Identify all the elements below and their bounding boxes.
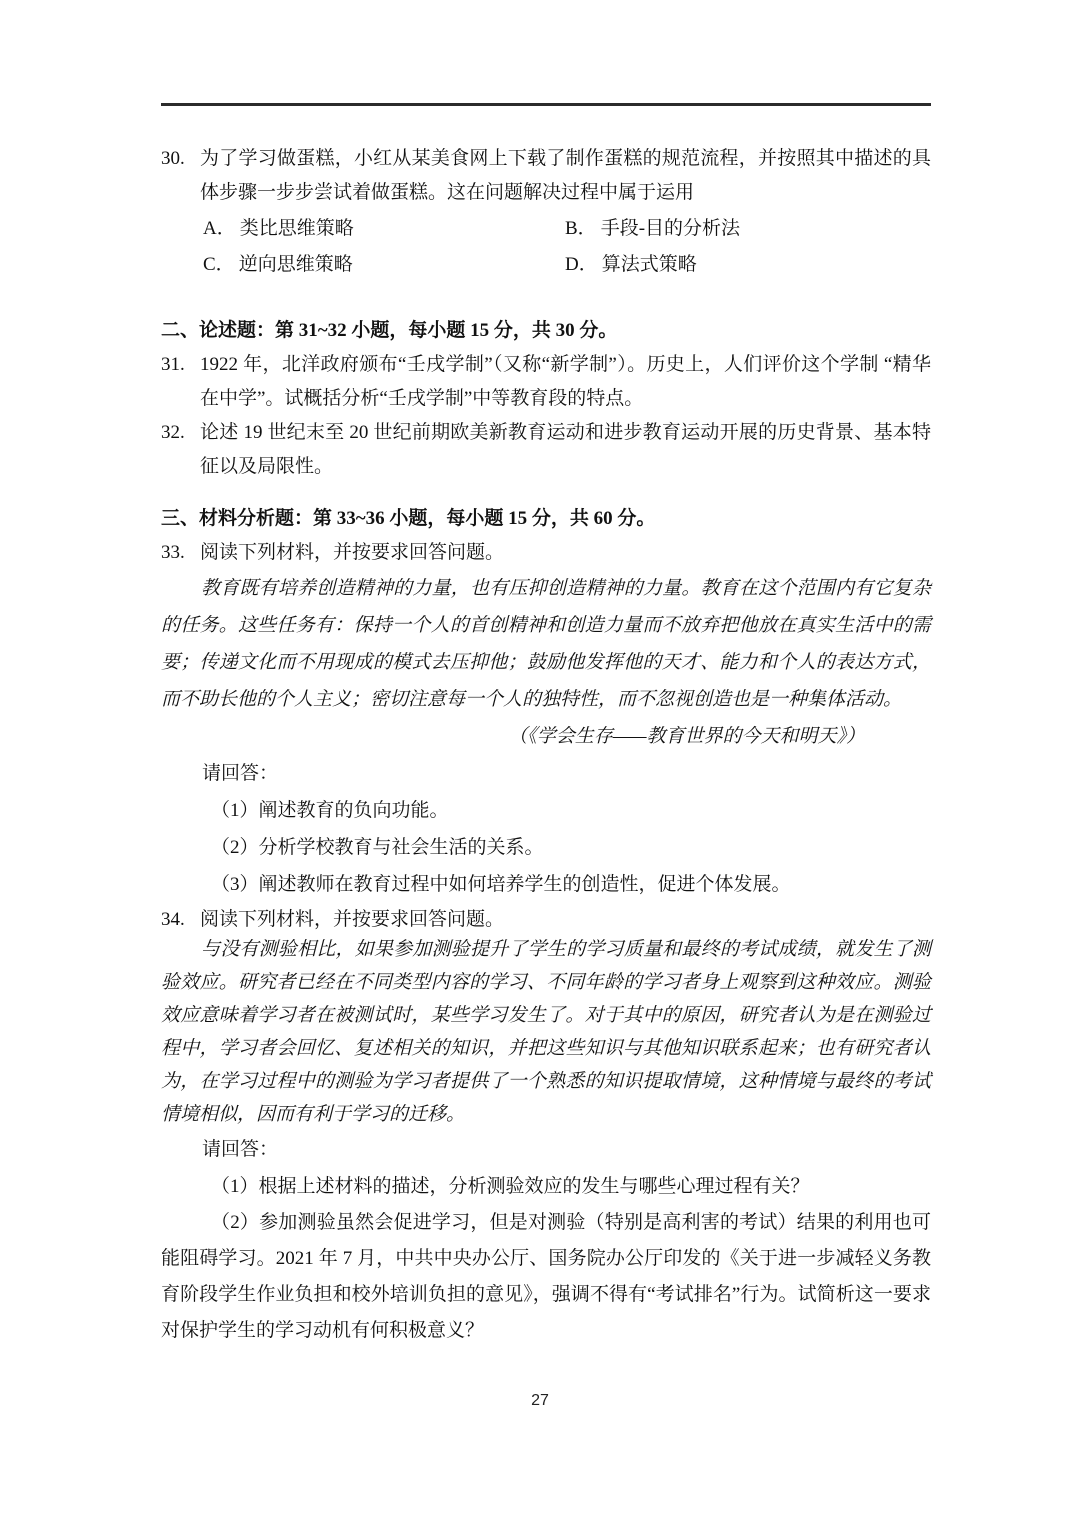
option-d-label: D． — [565, 254, 598, 275]
q34-answer-prompt: 请回答： — [161, 1131, 931, 1168]
option-b-label: B． — [565, 218, 597, 239]
question-33: 33.阅读下列材料，并按要求回答问题。 — [161, 536, 931, 570]
q33-material: 教育既有培养创造精神的力量，也有压抑创造精神的力量。教育在这个范围内有它复杂的任… — [161, 570, 931, 718]
page-number: 27 — [0, 1392, 1080, 1410]
question-30-number: 30. — [161, 142, 200, 176]
question-32: 32.论述 19 世纪末至 20 世纪前期欧美新教育运动和进步教育运动开展的历史… — [161, 416, 931, 484]
q33-subquestion-3: （3）阐述教师在教育过程中如何培养学生的创造性，促进个体发展。 — [161, 866, 931, 903]
question-34-intro: 阅读下列材料，并按要求回答问题。 — [200, 909, 504, 930]
question-30: 30.为了学习做蛋糕，小红从某美食网上下载了制作蛋糕的规范流程，并按照其中描述的… — [161, 142, 931, 210]
q33-subquestion-2: （2）分析学校教育与社会生活的关系。 — [161, 829, 931, 866]
section-3-heading: 三、材料分析题：第 33~36 小题，每小题 15 分，共 60 分。 — [161, 502, 931, 536]
question-31-number: 31. — [161, 348, 200, 382]
question-34: 34.阅读下列材料，并按要求回答问题。 — [161, 903, 931, 937]
option-c-label: C． — [203, 254, 235, 275]
question-33-number: 33. — [161, 536, 200, 570]
option-d-text: 算法式策略 — [602, 254, 697, 275]
option-b: B．手段-目的分析法 — [565, 212, 931, 246]
q34-subquestion-1: （1）根据上述材料的描述，分析测验效应的发生与哪些心理过程有关？ — [161, 1168, 931, 1205]
question-31: 31.1922 年，北洋政府颁布“壬戌学制”（又称“新学制”）。历史上，人们评价… — [161, 348, 931, 416]
q34-material: 与没有测验相比，如果参加测验提升了学生的学习质量和最终的考试成绩，就发生了测验效… — [161, 933, 931, 1131]
option-b-text: 手段-目的分析法 — [601, 218, 740, 239]
option-d: D．算法式策略 — [565, 248, 931, 282]
q33-citation: （《学会生存——教育世界的今天和明天》） — [161, 718, 931, 755]
option-c-text: 逆向思维策略 — [239, 254, 353, 275]
option-a-label: A． — [203, 218, 236, 239]
option-c: C．逆向思维策略 — [203, 248, 565, 282]
option-a-text: 类比思维策略 — [240, 218, 354, 239]
question-32-number: 32. — [161, 416, 200, 450]
q34-subquestion-2: （2）参加测验虽然会促进学习，但是对测验（特别是高利害的考试）结果的利用也可能阻… — [161, 1205, 931, 1349]
question-30-text: 为了学习做蛋糕，小红从某美食网上下载了制作蛋糕的规范流程，并按照其中描述的具体步… — [200, 148, 931, 203]
question-32-text: 论述 19 世纪末至 20 世纪前期欧美新教育运动和进步教育运动开展的历史背景、… — [200, 422, 931, 477]
question-30-options: A．类比思维策略 B．手段-目的分析法 C．逆向思维策略 D．算法式策略 — [161, 212, 931, 282]
q33-subquestion-1: （1）阐述教育的负向功能。 — [161, 792, 931, 829]
header-rule — [161, 103, 931, 106]
page-content: 30.为了学习做蛋糕，小红从某美食网上下载了制作蛋糕的规范流程，并按照其中描述的… — [161, 0, 931, 1349]
exam-page: 30.为了学习做蛋糕，小红从某美食网上下载了制作蛋糕的规范流程，并按照其中描述的… — [0, 0, 1080, 1528]
question-31-text: 1922 年，北洋政府颁布“壬戌学制”（又称“新学制”）。历史上，人们评价这个学… — [200, 354, 931, 409]
option-a: A．类比思维策略 — [203, 212, 565, 246]
q33-answer-prompt: 请回答： — [161, 755, 931, 792]
question-33-intro: 阅读下列材料，并按要求回答问题。 — [200, 542, 504, 563]
section-2-heading: 二、论述题：第 31~32 小题，每小题 15 分，共 30 分。 — [161, 314, 931, 348]
question-34-number: 34. — [161, 903, 200, 937]
